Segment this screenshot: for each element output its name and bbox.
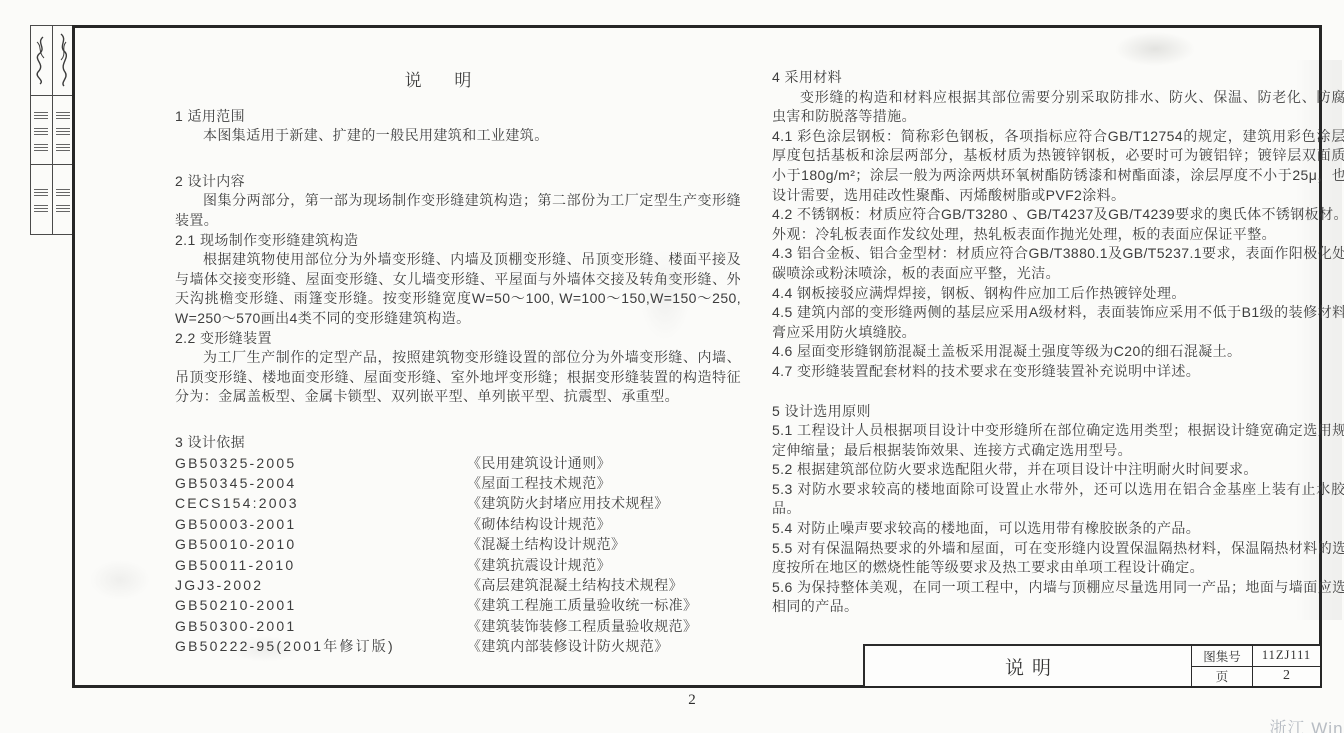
standards-list: GB50325-2005 《民用建筑设计通则》 GB50345-2004 《屋面… (175, 453, 741, 657)
section-2-heading: 2 设计内容 (175, 172, 741, 192)
standard-title: 《建筑工程施工质量验收统一标准》 (467, 595, 741, 615)
section-4-2-paragraph: 4.2 不锈钢板：材质应符合GB/T3280 、GB/T4237及GB/T423… (772, 205, 1344, 225)
standard-title: 《高层建筑混凝土结构技术规程》 (467, 575, 741, 595)
illegible-stamp (56, 110, 70, 119)
standard-code: GB50325-2005 (175, 453, 467, 473)
section-4-heading: 4 采用材料 (772, 68, 1344, 88)
section-4-paragraph: 变形缝的构造和材料应根据其部位需要分别采取防排水、防火、保温、防老化、防腐蚀、防… (772, 88, 1344, 127)
approval-strip-cell (53, 165, 74, 234)
section-4-7-paragraph: 4.7 变形缝装置配套材料的技术要求在变形缝装置补充说明中详述。 (772, 362, 1344, 382)
section-4-3-paragraph: 4.3 铝合金板、铝合金型材：材质应符合GB/T3880.1及GB/T5237.… (772, 244, 1344, 283)
standard-code: GB50345-2004 (175, 473, 467, 493)
standard-title: 《民用建筑设计通则》 (467, 453, 741, 473)
illegible-stamp (56, 126, 70, 135)
section-3-heading: 3 设计依据 (175, 433, 741, 453)
illegible-stamp (34, 110, 48, 119)
section-5-2-paragraph: 5.2 根据建筑部位防火要求选配阻火带，并在项目设计中注明耐火时间要求。 (772, 460, 1344, 480)
section-2-paragraph: 图集分两部分，第一部为现场制作变形缝建筑构造；第二部份为工厂定型生产变形缝装置。 (175, 191, 741, 230)
section-2-1-heading: 2.1 现场制作变形缝建筑构造 (175, 231, 741, 251)
section-1-paragraph: 本图集适用于新建、扩建的一般民用建筑和工业建筑。 (175, 126, 741, 146)
section-4-5-paragraph: 4.5 建筑内部的变形缝两侧的基层应采用A级材料，表面装饰应采用不低于B1级的装… (772, 303, 1344, 342)
approval-strip-cell (31, 26, 53, 95)
page-title: 说 明 (265, 71, 625, 91)
section-4-4-paragraph: 4.4 钢板接驳应满焊焊接，钢板、钢构件应加工后作热镀锌处理。 (772, 284, 1344, 304)
standard-code: GB50003-2001 (175, 514, 467, 534)
standard-code: GB50300-2001 (175, 616, 467, 636)
section-5-1-paragraph: 5.1 工程设计人员根据项目设计中变形缝所在部位确定选用类型；根据设计缝宽确定选… (772, 421, 1344, 460)
scanned-document-sheet: 说 明 1 适用范围 本图集适用于新建、扩建的一般民用建筑和工业建筑。 2 设计… (0, 0, 1344, 733)
title-block-labels: 图集号 页 (1191, 646, 1252, 686)
notes-right-column: 4 采用材料 变形缝的构造和材料应根据其部位需要分别采取防排水、防火、保温、防老… (772, 68, 1344, 617)
handwritten-signature-icon (34, 34, 48, 86)
standard-title: 《砌体结构设计规范》 (467, 514, 741, 534)
approval-strip-cell (53, 26, 74, 95)
illegible-stamp (34, 126, 48, 135)
approval-strip-signature-row (31, 26, 73, 96)
standard-code: GB50010-2010 (175, 534, 467, 554)
watermark-text: 浙江 Wind (1270, 714, 1344, 733)
illegible-stamp (56, 203, 70, 212)
standard-title: 《混凝土结构设计规范》 (467, 534, 741, 554)
standard-row: GB50010-2010 《混凝土结构设计规范》 (175, 534, 741, 554)
illegible-stamp (34, 142, 48, 151)
standard-row: JGJ3-2002 《高层建筑混凝土结构技术规程》 (175, 575, 741, 595)
standard-row: GB50325-2005 《民用建筑设计通则》 (175, 453, 741, 473)
drawing-frame: 说 明 1 适用范围 本图集适用于新建、扩建的一般民用建筑和工业建筑。 2 设计… (72, 25, 1322, 688)
section-2-2-heading: 2.2 变形缝装置 (175, 329, 741, 349)
section-2-1-paragraph: 根据建筑物使用部位分为外墙变形缝、内墙及顶棚变形缝、吊顶变形缝、楼面平接及与墙体… (175, 250, 741, 328)
page-value: 2 (1253, 667, 1320, 687)
section-5-5-paragraph: 5.5 对有保温隔热要求的外墙和屋面，可在变形缝内设置保温隔热材料，保温隔热材料… (772, 539, 1344, 578)
page-label: 页 (1192, 667, 1252, 687)
section-5-heading: 5 设计选用原则 (772, 402, 1344, 422)
standard-code: JGJ3-2002 (175, 575, 467, 595)
standard-row: GB50210-2001 《建筑工程施工质量验收统一标准》 (175, 595, 741, 615)
standard-code: GB50011-2010 (175, 555, 467, 575)
section-5-6-paragraph: 5.6 为保持整体美观，在同一项工程中，内墙与顶棚应尽量选用同一产品；地面与墙面… (772, 578, 1344, 617)
approval-strip-stamp-row (31, 165, 73, 234)
section-2-2-paragraph: 为工厂生产制作的定型产品，按照建筑物变形缝设置的部位分为外墙变形缝、内墙、吊顶变… (175, 348, 741, 407)
standard-title: 《建筑防火封堵应用技术规程》 (467, 493, 741, 513)
standard-title: 《建筑抗震设计规范》 (467, 555, 741, 575)
illegible-stamp (34, 187, 48, 196)
standard-row: GB50011-2010 《建筑抗震设计规范》 (175, 555, 741, 575)
standard-title: 《建筑装饰装修工程质量验收规范》 (467, 616, 741, 636)
approval-strip-cell (31, 165, 53, 234)
standard-title: 《屋面工程技术规范》 (467, 473, 741, 493)
standard-row: GB50300-2001 《建筑装饰装修工程质量验收规范》 (175, 616, 741, 636)
section-5-3-paragraph: 5.3 对防水要求较高的楼地面除可设置止水带外，还可以选用在铝合金基座上装有止水… (772, 480, 1344, 519)
section-4-6-paragraph: 4.6 屋面变形缝钢筋混凝土盖板采用混凝土强度等级为C20的细石混凝土。 (772, 342, 1344, 362)
sheet-title: 说明 (865, 646, 1191, 686)
standard-row: CECS154:2003 《建筑防火封堵应用技术规程》 (175, 493, 741, 513)
standard-code: CECS154:2003 (175, 493, 467, 513)
atlas-number-value: 11ZJ111 (1253, 646, 1320, 667)
handwritten-signature-icon (56, 32, 70, 88)
approval-strip-stamp-row (31, 96, 73, 166)
standard-row: GB50345-2004 《屋面工程技术规范》 (175, 473, 741, 493)
section-5-4-paragraph: 5.4 对防止噪声要求较高的楼地面，可以选用带有橡胶嵌条的产品。 (772, 519, 1344, 539)
standard-row: GB50222-95(2001年修订版) 《建筑内部装修设计防火规范》 (175, 636, 741, 656)
title-block: 说明 图集号 页 11ZJ111 2 (863, 644, 1320, 686)
standard-code: GB50222-95(2001年修订版) (175, 636, 467, 656)
approval-strip-cell (31, 96, 53, 165)
notes-left-column: 说 明 1 适用范围 本图集适用于新建、扩建的一般民用建筑和工业建筑。 2 设计… (175, 71, 741, 657)
standard-title: 《建筑内部装修设计防火规范》 (467, 636, 741, 656)
atlas-number-label: 图集号 (1192, 646, 1252, 667)
sheet-page-number: 2 (622, 692, 762, 709)
approval-strip (30, 25, 73, 235)
section-1-heading: 1 适用范围 (175, 107, 741, 127)
illegible-stamp (34, 203, 48, 212)
standard-row: GB50003-2001 《砌体结构设计规范》 (175, 514, 741, 534)
section-4-2-appearance-paragraph: 外观：冷轧板表面作发纹处理，热轧板表面作抛光处理，板的表面应保证平整。 (772, 225, 1344, 245)
approval-strip-cell (53, 96, 74, 165)
section-4-1-paragraph: 4.1 彩色涂层钢板：简称彩色钢板，各项指标应符合GB/T12754的规定，建筑… (772, 127, 1344, 205)
standard-code: GB50210-2001 (175, 595, 467, 615)
title-block-values: 11ZJ111 2 (1252, 646, 1320, 686)
illegible-stamp (56, 142, 70, 151)
illegible-stamp (56, 187, 70, 196)
